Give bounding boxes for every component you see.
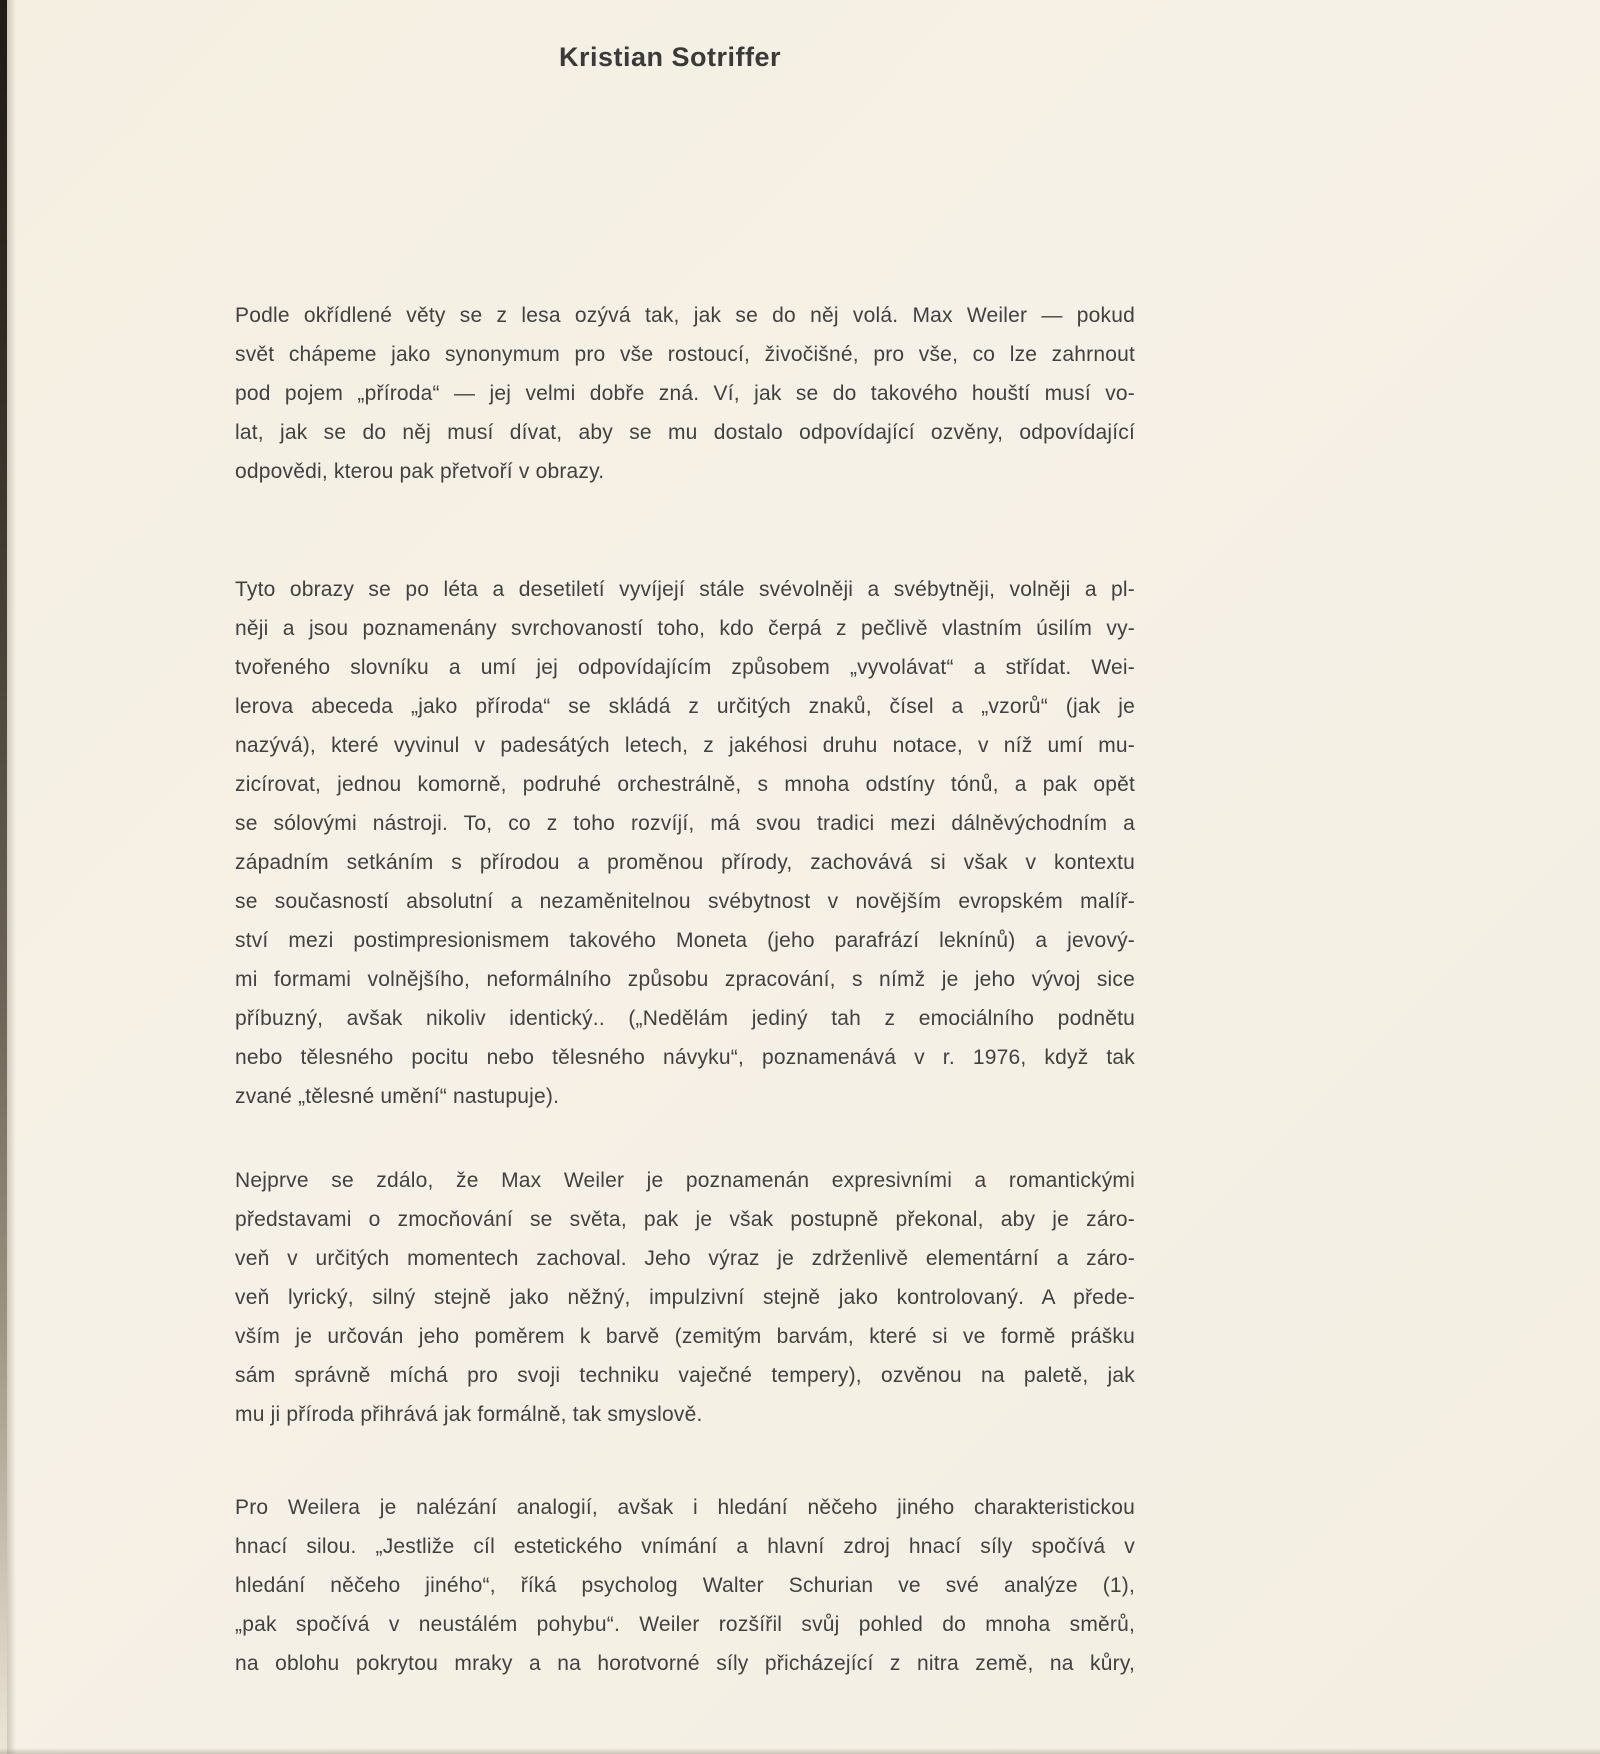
text-line: zicírovat, jednou komorně, podruhé orche…	[235, 765, 1135, 804]
text-line: na oblohu pokrytou mraky a na horotvorné…	[235, 1644, 1135, 1683]
text-line: svět chápeme jako synonymum pro vše rost…	[235, 335, 1135, 374]
text-line: se současností absolutní a nezaměnitelno…	[235, 882, 1135, 921]
text-line: tvořeného slovníku a umí jej odpovídajíc…	[235, 648, 1135, 687]
text-line: mu ji příroda přihrává jak formálně, tak…	[235, 1395, 1135, 1434]
scan-edge-shadow	[0, 0, 7, 1754]
text-line: nebo tělesného pocitu nebo tělesného náv…	[235, 1038, 1135, 1077]
text-line: Nejprve se zdálo, že Max Weiler je pozna…	[235, 1161, 1135, 1200]
text-line: veň lyrický, silný stejně jako něžný, im…	[235, 1278, 1135, 1317]
text-line: vším je určován jeho poměrem k barvě (ze…	[235, 1317, 1135, 1356]
text-line: lat, jak se do něj musí dívat, aby se mu…	[235, 413, 1135, 452]
author-header: Kristian Sotriffer	[235, 42, 1105, 73]
text-line: něji a jsou poznamenány svrchovaností to…	[235, 609, 1135, 648]
text-line: Pro Weilera je nalézání analogií, avšak …	[235, 1488, 1135, 1527]
paragraph-2: Tyto obrazy se po léta a desetiletí vyví…	[235, 570, 1135, 1116]
text-line: sám správně míchá pro svoji techniku vaj…	[235, 1356, 1135, 1395]
paragraph-1: Podle okřídlené věty se z lesa ozývá tak…	[235, 296, 1135, 491]
scan-edge-shadow-soft	[7, 0, 16, 1754]
text-line: „pak spočívá v neustálém pohybu“. Weiler…	[235, 1605, 1135, 1644]
text-line: mi formami volnějšího, neformálního způs…	[235, 960, 1135, 999]
text-line: odpovědi, kterou pak přetvoří v obrazy.	[235, 452, 1135, 491]
text-column: Kristian Sotriffer Podle okřídlené věty …	[235, 0, 1135, 1754]
text-line: hnací silou. „Jestliže cíl estetického v…	[235, 1527, 1135, 1566]
text-line: hledání něčeho jiného“, říká psycholog W…	[235, 1566, 1135, 1605]
text-line: ství mezi postimpresionismem takového Mo…	[235, 921, 1135, 960]
text-line: pod pojem „příroda“ — jej velmi dobře zn…	[235, 374, 1135, 413]
text-line: západním setkáním s přírodou a proměnou …	[235, 843, 1135, 882]
text-line: nazývá), které vyvinul v padesátých lete…	[235, 726, 1135, 765]
text-line: lerova abeceda „jako příroda“ se skládá …	[235, 687, 1135, 726]
book-page: Kristian Sotriffer Podle okřídlené věty …	[0, 0, 1600, 1754]
paragraph-4: Pro Weilera je nalézání analogií, avšak …	[235, 1488, 1135, 1683]
text-line: příbuzný, avšak nikoliv identický.. („Ne…	[235, 999, 1135, 1038]
text-line: se sólovými nástroji. To, co z toho rozv…	[235, 804, 1135, 843]
text-line: představami o zmocňování se světa, pak j…	[235, 1200, 1135, 1239]
text-line: veň v určitých momentech zachoval. Jeho …	[235, 1239, 1135, 1278]
paragraph-3: Nejprve se zdálo, že Max Weiler je pozna…	[235, 1161, 1135, 1434]
text-line: Podle okřídlené věty se z lesa ozývá tak…	[235, 296, 1135, 335]
text-line: zvané „tělesné umění“ nastupuje).	[235, 1077, 1135, 1116]
text-line: Tyto obrazy se po léta a desetiletí vyví…	[235, 570, 1135, 609]
